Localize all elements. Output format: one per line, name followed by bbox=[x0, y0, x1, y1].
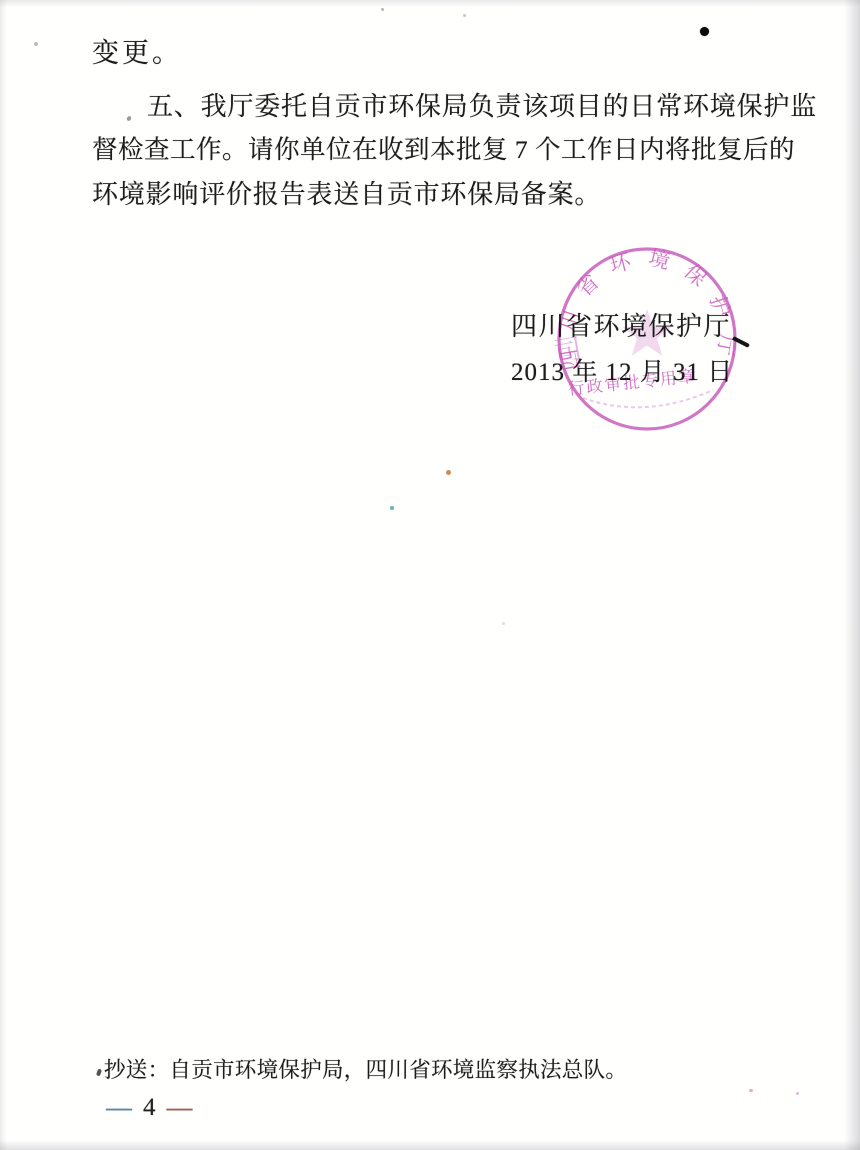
scan-speck bbox=[96, 1069, 102, 1077]
paragraph-line: 环境影响评价报告表送自贡市环保局备案。 bbox=[92, 174, 601, 211]
scan-speck bbox=[796, 1092, 799, 1095]
scan-speck bbox=[463, 14, 466, 17]
scan-speck bbox=[502, 622, 505, 625]
paragraph-line: 五、我厅委托自贡市环保局负责该项目的日常环境保护监 bbox=[147, 86, 817, 123]
seal-side-mark: 司 bbox=[551, 333, 584, 368]
body-continuation-line: 变更。 bbox=[92, 31, 182, 70]
scan-edge-shadow-left bbox=[0, 0, 7, 1150]
scan-speck bbox=[126, 115, 132, 121]
page-number-dash-left: — bbox=[106, 1095, 132, 1121]
seal-star-icon bbox=[622, 309, 671, 356]
scan-edge-shadow-bottom bbox=[0, 1140, 860, 1150]
ink-dot-artifact bbox=[700, 27, 709, 36]
scan-speck bbox=[390, 506, 394, 510]
page-number-dash-right: — bbox=[167, 1095, 193, 1121]
official-seal-stamp: 四川省环境保护厅 司 行政审批专用章 bbox=[545, 240, 750, 440]
seal-inner-text: 行政审批专用章 bbox=[567, 365, 698, 398]
scan-speck bbox=[446, 470, 451, 475]
scan-speck bbox=[34, 42, 38, 46]
paragraph-line: 督检查工作。请你单位在收到本批复 7 个工作日内将批复后的 bbox=[92, 130, 795, 166]
scan-speck bbox=[381, 8, 384, 11]
cc-line: 抄送：自贡市环境保护局，四川省环境监察执法总队。 bbox=[104, 1053, 627, 1084]
page-number: — 4 — bbox=[106, 1094, 193, 1122]
scan-edge-shadow-right bbox=[844, 0, 860, 1150]
scanned-document-page: 变更。 五、我厅委托自贡市环保局负责该项目的日常环境保护监 督检查工作。请你单位… bbox=[0, 0, 860, 1150]
page-number-value: 4 bbox=[143, 1094, 156, 1122]
scan-edge-shadow-top bbox=[0, 0, 860, 7]
scan-speck bbox=[749, 1089, 753, 1092]
